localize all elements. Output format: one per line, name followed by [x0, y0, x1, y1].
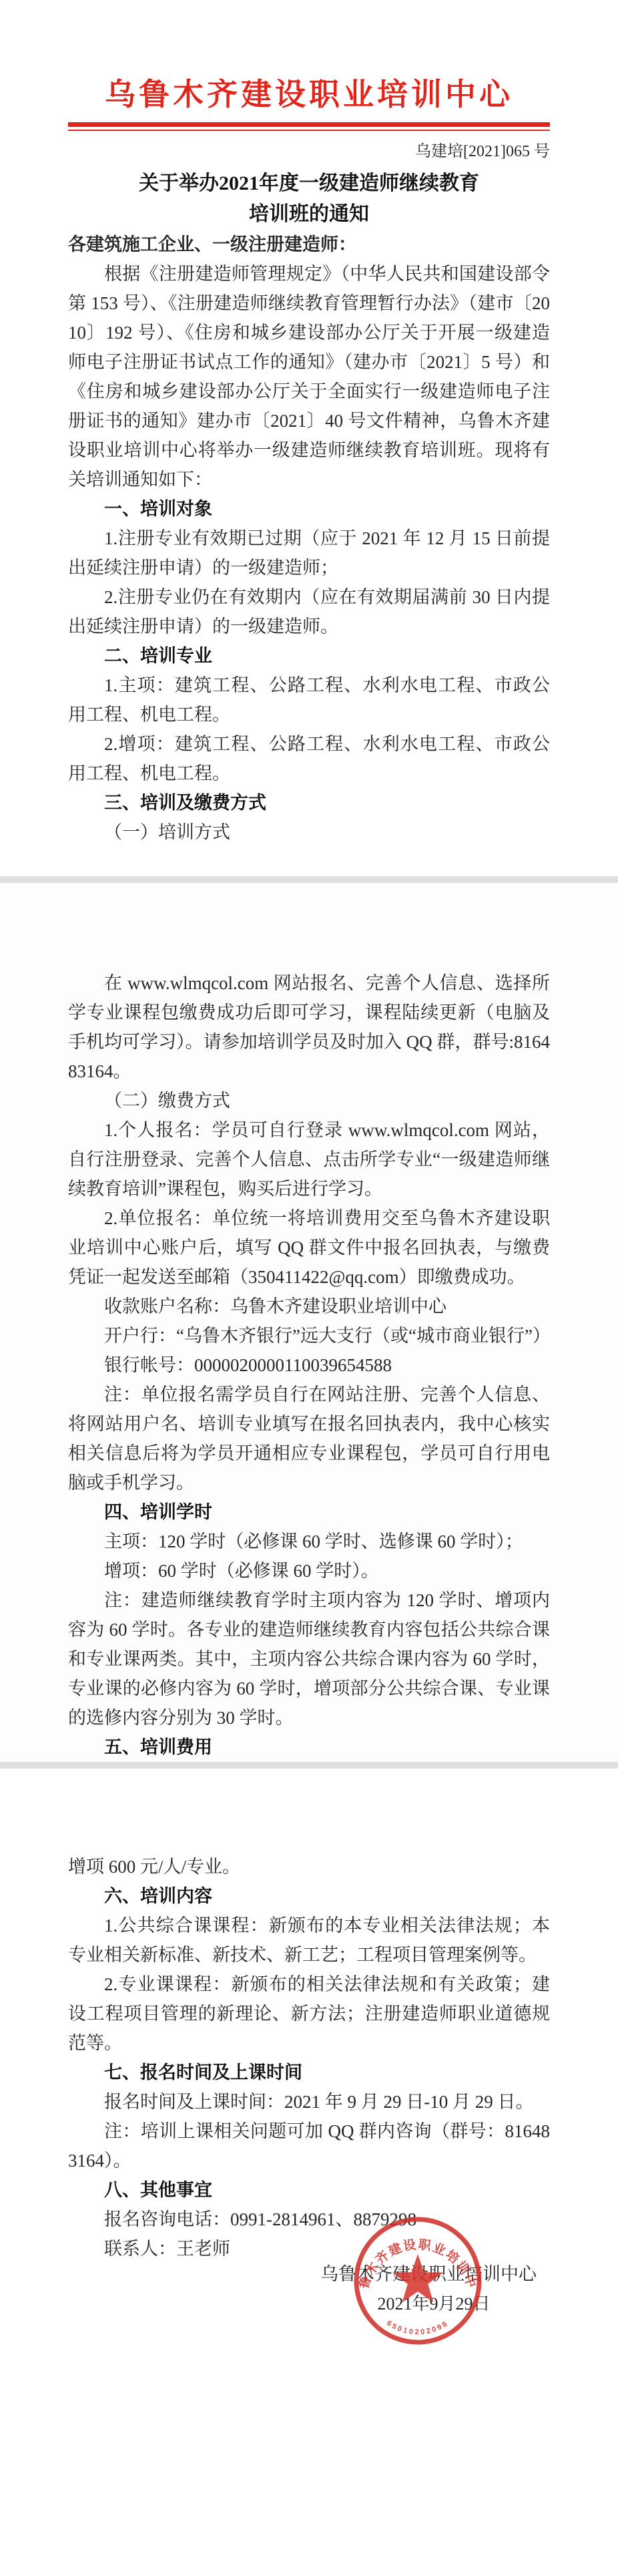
paragraph: 1.主项：建筑工程、公路工程、水利水电工程、市政公用工程、机电工程。	[68, 671, 550, 729]
section-heading-3: 三、培训及缴费方式	[68, 788, 550, 817]
section-heading-7: 七、报名时间及上课时间	[68, 2058, 550, 2087]
bank-account-number: 银行帐号：0000020000110039654588	[68, 1350, 550, 1380]
payee-account-name: 收款账户名称：乌鲁木齐建设职业培训中心	[68, 1292, 550, 1321]
notice-title-line1: 关于举办2021年度一级建造师继续教育	[68, 168, 550, 199]
signature-org-name: 乌鲁木齐建设职业培训中心	[320, 2259, 521, 2289]
letterhead-rule-thick	[68, 122, 550, 127]
intro-paragraph: 根据《注册建造师管理规定》（中华人民共和国建设部令第 153 号）、《注册建造师…	[68, 259, 550, 494]
section-heading-5: 五、培训费用	[68, 1732, 550, 1762]
section-heading-6: 六、培训内容	[68, 1881, 550, 1911]
section-heading-8: 八、其他事宜	[68, 2175, 550, 2205]
letterhead-org-name: 乌鲁木齐建设职业培训中心	[0, 0, 618, 115]
paragraph: 注：建造师继续教育学时主项内容为 120 学时、增项内容为 60 学时。各专业的…	[68, 1586, 550, 1732]
paragraph: 2.专业课课程：新颁布的相关法律法规和有关政策；建设工程项目管理的新理论、新方法…	[68, 1970, 550, 2058]
page-3: 增项 600 元/人/专业。 六、培训内容 1.公共综合课课程：新颁布的本专业相…	[0, 1769, 618, 2576]
enrollment-dates: 报名时间及上课时间：2021 年 9 月 29 日-10 月 29 日。	[68, 2087, 550, 2117]
salutation: 各建筑施工企业、一级注册建造师：	[68, 230, 550, 259]
paragraph: 2.单位报名：单位统一将培训费用交至乌鲁木齐建设职业培训中心账户后，填写 QQ …	[68, 1204, 550, 1292]
paragraph: （一）培训方式	[68, 817, 550, 847]
svg-text:65010202098: 65010202098	[385, 2319, 450, 2336]
bank-branch: 开户行：“乌鲁木齐银行”远大支行（或“城市商业银行”）	[68, 1321, 550, 1350]
document-number: 乌建培[2021]065 号	[68, 142, 550, 162]
page-break-divider	[0, 1762, 618, 1769]
paragraph: 2.注册专业仍在有效期内（应在有效期届满前 30 日内提出延续注册申请）的一级建…	[68, 582, 550, 641]
paragraph: 注：单位报名需学员自行在网站注册、完善个人信息、将网站用户名、培训专业填写在报名…	[68, 1380, 550, 1497]
signature-date: 2021年9月29日	[334, 2289, 534, 2319]
paragraph: 2.增项：建筑工程、公路工程、水利水电工程、市政公用工程、机电工程。	[68, 729, 550, 788]
section-heading-1: 一、培训对象	[68, 494, 550, 524]
scanned-notice-document: 乌鲁木齐建设职业培训中心 乌建培[2021]065 号 关于举办2021年度一级…	[0, 0, 618, 2576]
page-break-divider	[0, 876, 618, 883]
paragraph: 1.个人报名：学员可自行登录 www.wlmqcol.com 网站，自行注册登录…	[68, 1115, 550, 1204]
paragraph: 增项：60 学时（必修课 60 学时）。	[68, 1556, 550, 1586]
section-heading-4: 四、培训学时	[68, 1497, 550, 1527]
letterhead-rule-thin	[68, 130, 550, 131]
paragraph: 增项 600 元/人/专业。	[68, 1852, 550, 1881]
section-heading-2: 二、培训专业	[68, 641, 550, 671]
seal-code: 65010202098	[385, 2319, 450, 2336]
paragraph: 1.注册专业有效期已过期（应于 2021 年 12 月 15 日前提出延续注册申…	[68, 524, 550, 582]
paragraph: 1.公共综合课课程：新颁布的本专业相关法律法规；本专业相关新标准、新技术、新工艺…	[68, 1911, 550, 1970]
paragraph: 在 www.wlmqcol.com 网站报名、完善个人信息、选择所学专业课程包缴…	[68, 968, 550, 1086]
notice-title-line2: 培训班的通知	[68, 199, 550, 230]
paragraph: 注：培训上课相关问题可加 QQ 群内咨询（群号：816483164）。	[68, 2117, 550, 2175]
page-1: 乌鲁木齐建设职业培训中心 乌建培[2021]065 号 关于举办2021年度一级…	[0, 0, 618, 876]
paragraph: （二）缴费方式	[68, 1086, 550, 1115]
paragraph: 主项：120 学时（必修课 60 学时、选修课 60 学时）；	[68, 1527, 550, 1556]
contact-phone: 报名咨询电话：0991-2814961、8879298	[68, 2205, 550, 2234]
page-2: 在 www.wlmqcol.com 网站报名、完善个人信息、选择所学专业课程包缴…	[0, 883, 618, 1762]
